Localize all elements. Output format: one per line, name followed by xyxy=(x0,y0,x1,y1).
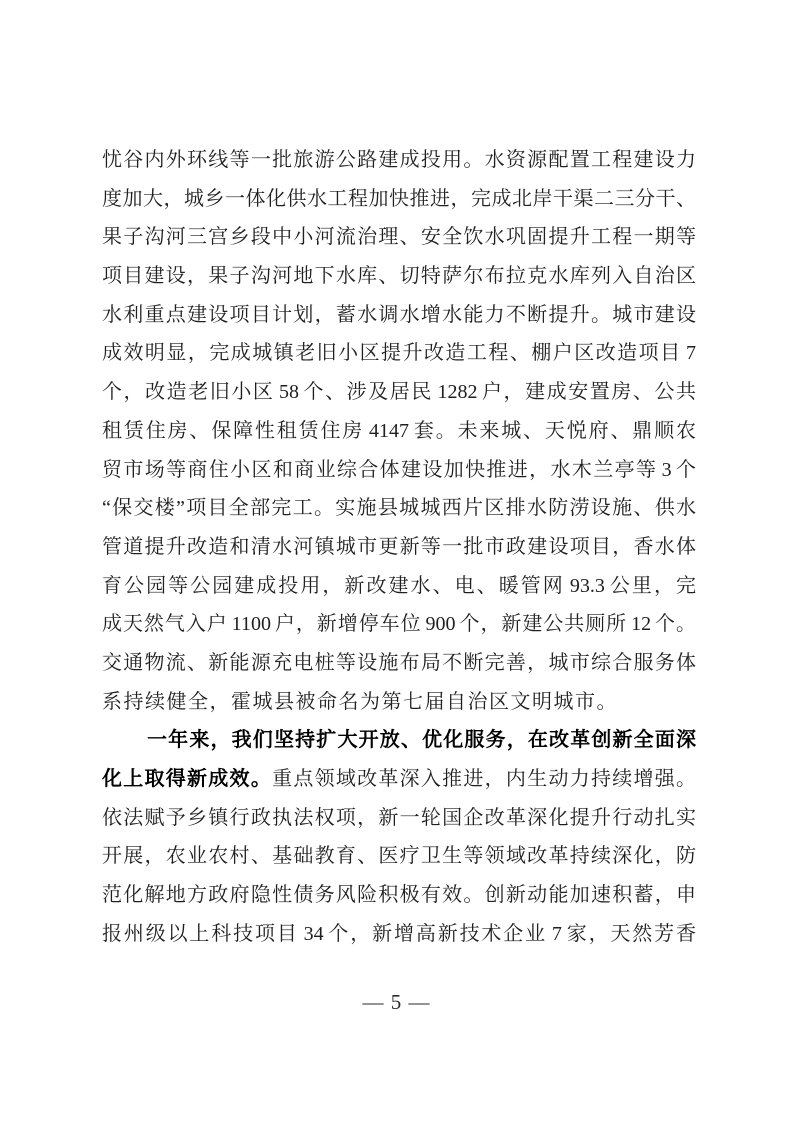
text-run: 个，改造老旧小区 58 个、涉及居民 1282 户，建成安置房、公共 xyxy=(102,381,696,403)
text-run: 贸市场等商住小区和商业综合体建设加快推进，水木兰亭等 3 个 xyxy=(102,459,696,481)
text-line: 果子沟河三宫乡段中小河流治理、安全饮水巩固提升工程一期等 xyxy=(102,218,696,257)
text-run: 开展，农业农村、基础教育、医疗卫生等领域改革持续深化，防 xyxy=(102,845,696,867)
text-line: 化上取得新成效。重点领域改革深入推进，内生动力持续增强。 xyxy=(102,760,696,799)
text-line: 报州级以上科技项目 34 个，新增高新技术企业 7 家，天然芳香 xyxy=(102,915,696,954)
text-line: 忧谷内外环线等一批旅游公路建成投用。水资源配置工程建设力 xyxy=(102,141,696,180)
text-run: 度加大，城乡一体化供水工程加快推进，完成北岸干渠二三分干、 xyxy=(102,188,696,210)
text-line: 度加大，城乡一体化供水工程加快推进，完成北岸干渠二三分干、 xyxy=(102,180,696,219)
text-line: 管道提升改造和清水河镇城市更新等一批市政建设项目，香水体 xyxy=(102,528,696,567)
bold-text-run: 化上取得新成效。 xyxy=(102,768,272,790)
bold-text-run: 一年来，我们坚持扩大开放、优化服务，在改革创新全面深 xyxy=(147,729,696,751)
text-line: “保交楼”项目全部完工。实施县城城西片区排水防涝设施、供水 xyxy=(102,489,696,528)
text-run: 交通物流、新能源充电桩等设施布局不断完善，城市综合服务体 xyxy=(102,652,696,674)
text-run: 育公园等公园建成投用，新改建水、电、暖管网 93.3 公里，完 xyxy=(102,575,696,597)
text-run: 报州级以上科技项目 34 个，新增高新技术企业 7 家，天然芳香 xyxy=(102,923,696,945)
text-line: 系持续健全，霍城县被命名为第七届自治区文明城市。 xyxy=(102,683,696,722)
text-line: 范化解地方政府隐性债务风险积极有效。创新动能加速积蓄，申 xyxy=(102,876,696,915)
text-line: 育公园等公园建成投用，新改建水、电、暖管网 93.3 公里，完 xyxy=(102,567,696,606)
text-line: 一年来，我们坚持扩大开放、优化服务，在改革创新全面深 xyxy=(102,721,696,760)
text-run: 依法赋予乡镇行政执法权项，新一轮国企改革深化提升行动扎实 xyxy=(102,807,696,829)
document-page: 忧谷内外环线等一批旅游公路建成投用。水资源配置工程建设力度加大，城乡一体化供水工… xyxy=(0,0,793,1122)
text-run: 范化解地方政府隐性债务风险积极有效。创新动能加速积蓄，申 xyxy=(102,884,696,906)
text-run: 成效明显，完成城镇老旧小区提升改造工程、棚户区改造项目 7 xyxy=(102,342,696,364)
text-line: 依法赋予乡镇行政执法权项，新一轮国企改革深化提升行动扎实 xyxy=(102,799,696,838)
text-run: 重点领域改革深入推进，内生动力持续增强。 xyxy=(272,768,696,790)
text-run: 管道提升改造和清水河镇城市更新等一批市政建设项目，香水体 xyxy=(102,536,696,558)
text-line: 水利重点建设项目计划，蓄水调水增水能力不断提升。城市建设 xyxy=(102,296,696,335)
text-line: 成天然气入户 1100 户，新增停车位 900 个，新建公共厕所 12 个。 xyxy=(102,605,696,644)
text-line: 开展，农业农村、基础教育、医疗卫生等领域改革持续深化，防 xyxy=(102,837,696,876)
text-run: 忧谷内外环线等一批旅游公路建成投用。水资源配置工程建设力 xyxy=(102,149,696,171)
text-line: 个，改造老旧小区 58 个、涉及居民 1282 户，建成安置房、公共 xyxy=(102,373,696,412)
text-line: 项目建设，果子沟河地下水库、切特萨尔布拉克水库列入自治区 xyxy=(102,257,696,296)
text-run: 成天然气入户 1100 户，新增停车位 900 个，新建公共厕所 12 个。 xyxy=(102,613,696,635)
page-number: — 5 — xyxy=(363,990,431,1014)
text-line: 成效明显，完成城镇老旧小区提升改造工程、棚户区改造项目 7 xyxy=(102,334,696,373)
text-run: 水利重点建设项目计划，蓄水调水增水能力不断提升。城市建设 xyxy=(102,304,696,326)
text-run: 系持续健全，霍城县被命名为第七届自治区文明城市。 xyxy=(102,691,618,713)
text-run: 租赁住房、保障性租赁住房 4147 套。未来城、天悦府、鼎顺农 xyxy=(102,420,696,442)
text-line: 贸市场等商住小区和商业综合体建设加快推进，水木兰亭等 3 个 xyxy=(102,451,696,490)
text-line: 租赁住房、保障性租赁住房 4147 套。未来城、天悦府、鼎顺农 xyxy=(102,412,696,451)
text-line: 交通物流、新能源充电桩等设施布局不断完善，城市综合服务体 xyxy=(102,644,696,683)
text-run: “保交楼”项目全部完工。实施县城城西片区排水防涝设施、供水 xyxy=(102,497,696,519)
text-run: 果子沟河三宫乡段中小河流治理、安全饮水巩固提升工程一期等 xyxy=(102,226,696,248)
body-text: 忧谷内外环线等一批旅游公路建成投用。水资源配置工程建设力度加大，城乡一体化供水工… xyxy=(102,141,696,953)
text-run: 项目建设，果子沟河地下水库、切特萨尔布拉克水库列入自治区 xyxy=(102,265,696,287)
page-footer: — 5 — xyxy=(0,990,793,1015)
